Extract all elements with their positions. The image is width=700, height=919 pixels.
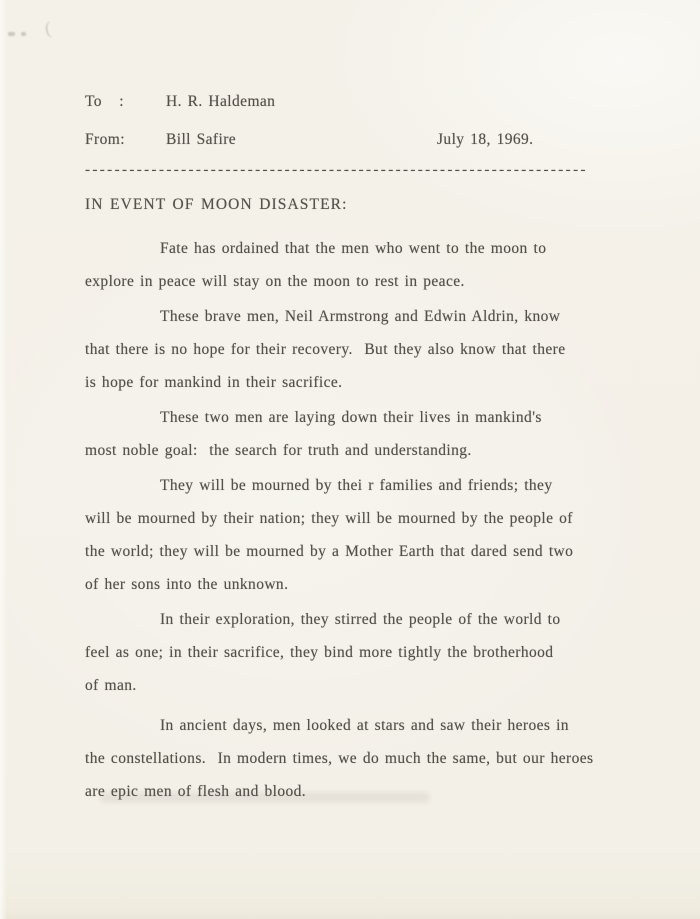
divider-dashed-line: ----------------------------------------… — [85, 162, 630, 179]
paragraph: They will be mourned by thei r families … — [85, 467, 630, 601]
memo-body: Fate has ordained that the men who went … — [85, 230, 630, 808]
paragraph-line: They will be mourned by thei r families … — [85, 469, 630, 502]
scan-edge-artifact — [0, 0, 7, 919]
from-label: From: — [85, 131, 166, 149]
paragraph: In ancient days, men looked at stars and… — [85, 702, 630, 808]
scan-artifact — [21, 32, 26, 36]
memo-subject-line: IN EVENT OF MOON DISASTER: — [85, 196, 348, 214]
memo-from-row: From:Bill Safire — [85, 131, 236, 149]
paragraph-line: In ancient days, men looked at stars and… — [85, 709, 630, 742]
paragraph-line: the world; they will be mourned by a Mot… — [85, 535, 630, 568]
paragraph-line: In their exploration, they stirred the p… — [85, 603, 630, 636]
from-value: Bill Safire — [166, 131, 236, 148]
paragraph-line: the constellations. In modern times, we … — [85, 742, 630, 775]
memo-page: ( To :H. R. Haldeman From:Bill Safire Ju… — [0, 0, 700, 919]
paragraph-line: is hope for mankind in their sacrifice. — [85, 366, 630, 399]
paragraph: Fate has ordained that the men who went … — [85, 230, 630, 298]
paragraph: These two men are laying down their live… — [85, 399, 630, 467]
to-value: H. R. Haldeman — [166, 93, 275, 110]
paragraph-line: of man. — [85, 669, 630, 702]
paragraph-line: that there is no hope for their recovery… — [85, 333, 630, 366]
paragraph-line: most noble goal: the search for truth an… — [85, 434, 630, 467]
paragraph-line: are epic men of flesh and blood. — [85, 775, 630, 808]
paragraph-line: explore in peace will stay on the moon t… — [85, 265, 630, 298]
paragraph: In their exploration, they stirred the p… — [85, 601, 630, 702]
scan-artifact — [8, 32, 15, 36]
memo-to-row: To :H. R. Haldeman — [85, 93, 275, 111]
paragraph-line: These brave men, Neil Armstrong and Edwi… — [85, 300, 630, 333]
paragraph-line: Fate has ordained that the men who went … — [85, 232, 630, 265]
scan-artifact: ( — [44, 18, 53, 40]
paragraph-line: will be mourned by their nation; they wi… — [85, 502, 630, 535]
paragraph-line: of her sons into the unknown. — [85, 568, 630, 601]
memo-date: July 18, 1969. — [437, 131, 533, 149]
paragraph-line: feel as one; in their sacrifice, they bi… — [85, 636, 630, 669]
paragraph-line: These two men are laying down their live… — [85, 401, 630, 434]
to-label: To : — [85, 93, 166, 111]
paragraph: These brave men, Neil Armstrong and Edwi… — [85, 298, 630, 399]
